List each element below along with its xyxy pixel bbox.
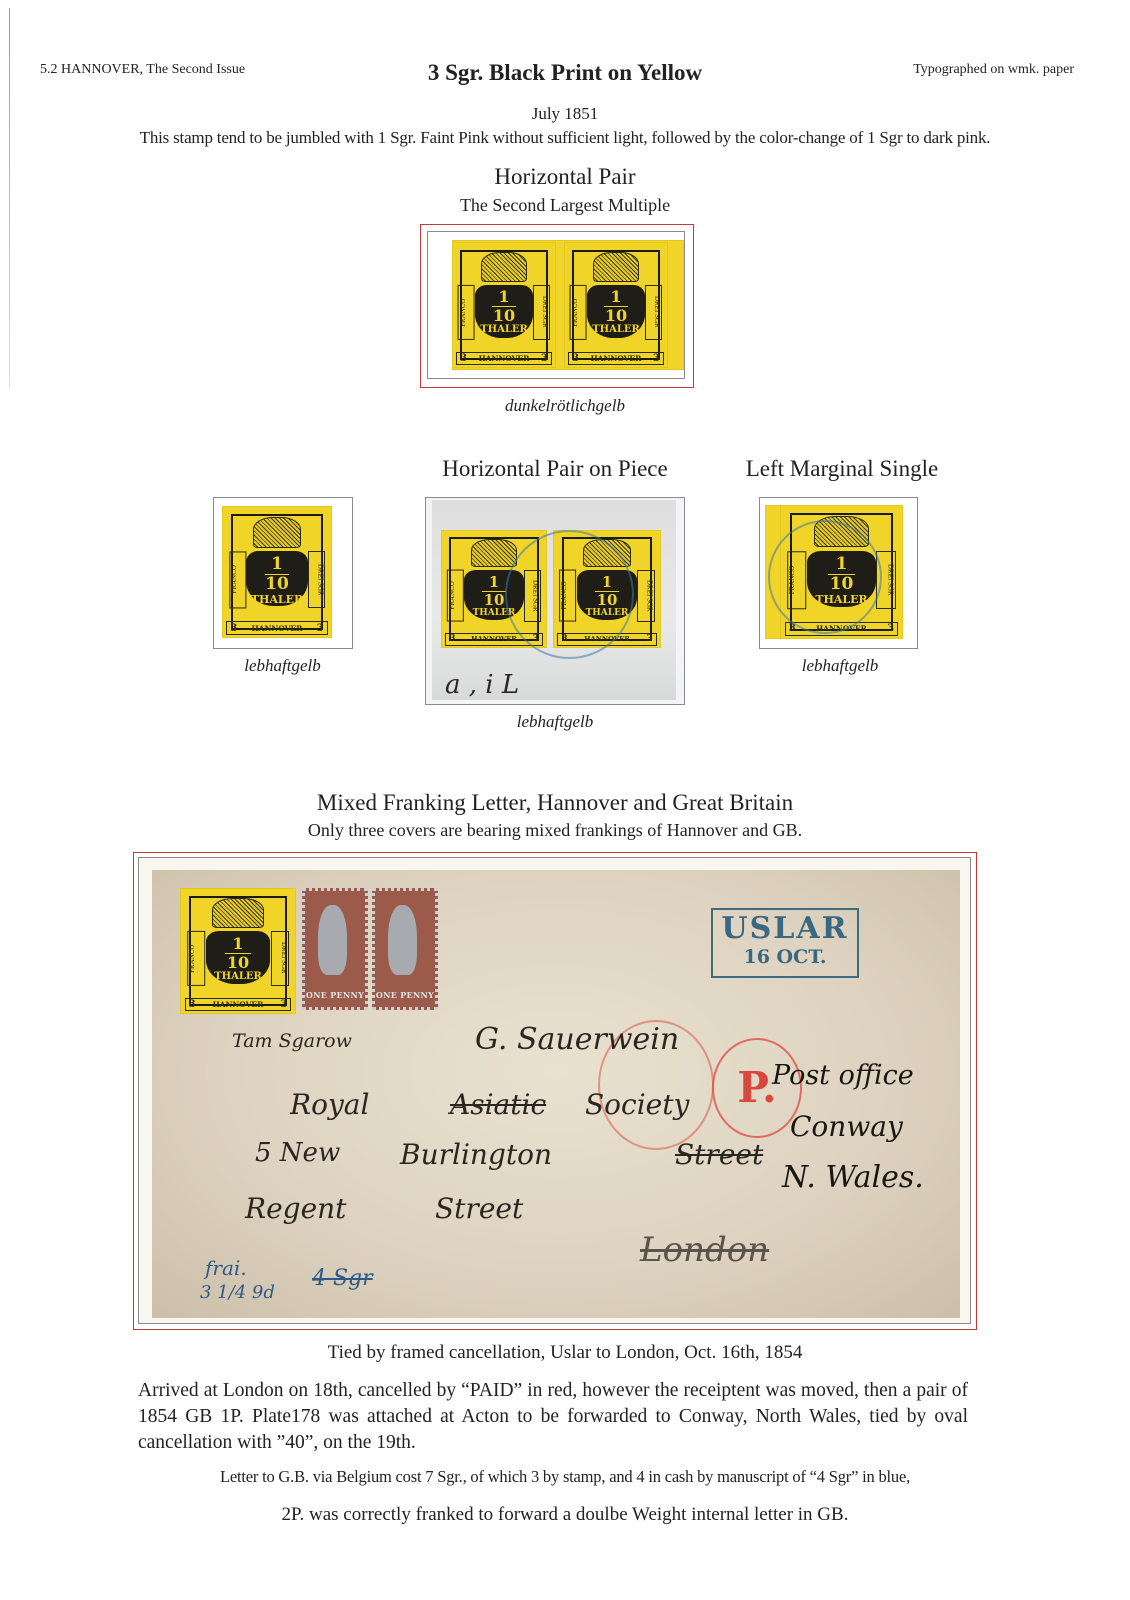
cover-title: Mixed Franking Letter, Hannover and Grea…: [0, 790, 1110, 816]
addressee-name: G. Sauerwein: [475, 1022, 679, 1057]
crown-arms-icon: [212, 898, 263, 928]
gb-stamp-label: ONE PENNY: [305, 990, 365, 1000]
postmark-cancel: [505, 530, 634, 659]
stamp-band-right: DREI SGR: [645, 285, 662, 340]
manuscript-text: Burlington: [400, 1138, 552, 1171]
cover-tied-description: Tied by framed cancellation, Uslar to Lo…: [0, 1342, 1130, 1364]
manuscript-fee: 4 Sgr: [312, 1266, 373, 1291]
shield-icon: 110THALER: [587, 285, 645, 338]
manuscript-fragment: a , i L: [445, 670, 519, 700]
stamp-value-band: 3HANNOVER3: [226, 621, 327, 636]
queen-head-icon: [388, 905, 417, 975]
stamp-band-right: DREI SGR: [271, 931, 289, 986]
piece-title: Horizontal Pair on Piece: [400, 456, 710, 482]
pair-title: Horizontal Pair: [0, 164, 1130, 190]
issue-date: July 1851: [0, 104, 1130, 124]
marginal-caption: lebhaftgelb: [760, 656, 920, 676]
manuscript-text: 5 New: [255, 1138, 340, 1168]
uslar-framed-cancel: USLAR 16 OCT.: [711, 908, 859, 978]
manuscript-text: Tam Sgarow: [232, 1030, 352, 1052]
manuscript-text: Royal: [290, 1088, 369, 1121]
manuscript-text: Society: [585, 1088, 689, 1121]
pair-caption: dunkelrötlichgelb: [0, 396, 1130, 416]
stamp-band-right: DREI SGR: [637, 570, 654, 622]
uslar-town: USLAR: [713, 910, 857, 946]
redirect-address: N. Wales.: [782, 1160, 924, 1195]
uslar-date: 16 OCT.: [713, 946, 857, 968]
cover-arrival-description: Arrived at London on 18th, cancelled by …: [138, 1378, 968, 1456]
crown-arms-icon: [593, 252, 639, 282]
gb-penny-stamp-1: ONE PENNY: [302, 888, 368, 1010]
stamp-value-band: 3HANNOVER3: [185, 998, 292, 1012]
stamp-band-left: FRANCO: [570, 285, 587, 340]
manuscript-frai: frai.: [205, 1256, 247, 1280]
manuscript-text: Regent: [245, 1192, 346, 1225]
crown-arms-icon: [253, 517, 301, 548]
shield-icon: 110THALER: [246, 551, 308, 606]
marginal-title: Left Marginal Single: [726, 456, 958, 482]
printing-method: Typographed on wmk. paper: [913, 62, 1074, 78]
manuscript-text: Asiatic: [450, 1088, 546, 1121]
pair-subtitle: The Second Largest Multiple: [0, 195, 1130, 216]
stamp-image: FRANCODREI SGR110THALER3HANNOVER3: [564, 242, 668, 368]
postmark-cancel: [768, 520, 882, 634]
manuscript-fee-blue: 3 1/4 9d: [200, 1282, 275, 1303]
cover-cost-description: Letter to G.B. via Belgium cost 7 Sgr., …: [0, 1467, 1130, 1487]
stamp-band-left: FRANCO: [187, 931, 205, 986]
stamp-image: FRANCODREI SGR110THALER3HANNOVER3: [222, 506, 332, 638]
stamp-band-left: FRANCO: [229, 551, 246, 608]
stamp-value-band: 3HANNOVER3: [456, 352, 552, 366]
cover-franking-description: 2P. was correctly franked to forward a d…: [0, 1504, 1130, 1526]
issue-note: This stamp tend to be jumbled with 1 Sgr…: [0, 128, 1130, 148]
stamp-image: FRANCODREI SGR110THALER3HANNOVER3: [452, 242, 556, 368]
redirect-address: Post office: [772, 1060, 914, 1091]
stamp-band-right: DREI SGR: [308, 551, 325, 608]
redirect-address: Conway: [790, 1110, 903, 1143]
manuscript-text: Street: [435, 1192, 523, 1225]
shield-icon: 110THALER: [206, 931, 271, 984]
shield-icon: 110THALER: [475, 285, 533, 338]
queen-head-icon: [318, 905, 347, 975]
piece-caption: lebhaftgelb: [440, 712, 670, 732]
crown-arms-icon: [471, 539, 518, 567]
stamp-band-left: FRANCO: [447, 570, 464, 622]
stamp-band-left: FRANCO: [458, 285, 475, 340]
gb-stamp-label: ONE PENNY: [375, 990, 435, 1000]
single-caption: lebhaftgelb: [200, 656, 365, 676]
hannover-stamp: FRANCODREI SGR110THALER3HANNOVER3: [180, 888, 296, 1014]
gb-penny-stamp-2: ONE PENNY: [372, 888, 438, 1010]
cover-subtitle: Only three covers are bearing mixed fran…: [0, 820, 1110, 841]
stamp-value-band: 3HANNOVER3: [568, 352, 664, 366]
manuscript-london: London: [640, 1230, 769, 1270]
manuscript-text: Street: [675, 1138, 763, 1171]
crown-arms-icon: [481, 252, 527, 282]
stamp-band-right: DREI SGR: [533, 285, 550, 340]
